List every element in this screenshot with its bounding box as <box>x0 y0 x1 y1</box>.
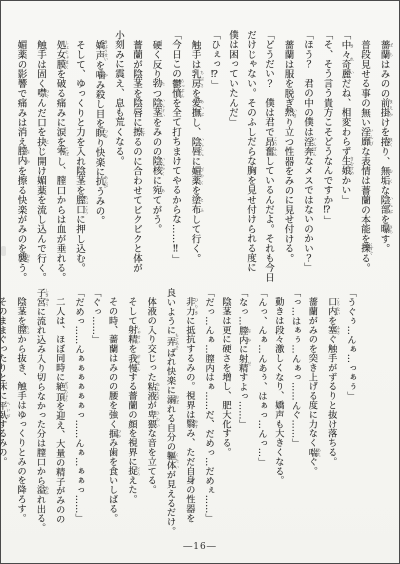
text-column: 触手は乳房ちぶさを愛撫あいぶし、陰唇いんしんに媚薬びやくを塗布とふして行く。 <box>186 30 206 280</box>
bottom-text-block: 「うぐぅ…んぁ…っぁぅ」口内こうないを塞ふさぐ触手がずるりと抜け落ちる。薔蘭がみ… <box>0 288 358 532</box>
text-column: 口内こうないを塞ふさぐ触手がずるりと抜け落ちる。 <box>322 288 341 532</box>
text-column: 「今日この鬱憤うっぷんを全て打ちまけてやるからな……‼」 <box>166 30 186 280</box>
text-column: 体液の入り交じった粘液ねんえきが卑猥ひわいな音を立てる。 <box>141 288 160 532</box>
text-column: 薔蘭は服を脱ぎ熱いきり立つ性器をみのに見せ付ける。 <box>279 30 299 280</box>
text-column: 良いように弄もてあそばれ快楽に溺おぼれる自分の軀体くたいが見えるだけ。 <box>161 288 180 532</box>
text-column: 「ほう？ 君の中の僕は淫奔いんぽんなメスではないのかい？」 <box>298 30 318 280</box>
text-column: 動きは段々激しくなり、嬌声も大きくなる。 <box>269 288 286 532</box>
text-column: 嬌声きょうせいを噛かみ殺し目を瞑つむり快楽に抗あらがうみの。 <box>90 30 110 280</box>
text-column: 媚薬の影響で痛みは消え膣内なかを擦る快楽がみのを襲おそう。 <box>12 30 32 280</box>
text-column: 「なっ…膣内なかに射精だすよっ……」 <box>233 288 252 532</box>
scan-artifact <box>1 246 6 256</box>
text-column: 「うぐぅ…んぁ…っぁぅ」 <box>341 288 358 532</box>
text-column: 触手は固く噤つぐんだ口を抉こじ開け媚薬を流し込んで行く。 <box>31 30 51 280</box>
page-number: ―16― <box>0 542 400 552</box>
text-column: 「ひぇっ⁉」 <box>205 30 223 280</box>
text-column: そのままぐったりと床に平臥へいがするみの。 <box>0 288 11 532</box>
text-column: 薔蘭ばらはみのの前掛まえかけを捲まくり、無垢むくな陰部いんぶを曝さらす。 <box>375 30 395 280</box>
text-column: 「ぐっ……」 <box>86 288 103 532</box>
text-column: 「だっ…んぁ…膣内はぁ……だ、だめっ…だめぇ……」 <box>199 288 216 532</box>
text-column: 薔蘭が陰茎を陰唇に擦こするのに合わせてビクビクと体が <box>127 30 147 280</box>
text-column: 「どうだい？ 僕は君で昂奮こうふんしているんだよ。それも今日 <box>259 30 279 280</box>
text-column: 普段見せる事の無い淫靡いんびな表情は薔蘭の本能を擽くすぐる。 <box>355 30 375 280</box>
text-column: だけじゃない。そのふしだらな胸を見せ付けられる度に <box>241 30 259 280</box>
text-column: 硬く反り勃たつ陰茎いんけいをみのの陰核いんかくに宛あてがう。 <box>147 30 167 280</box>
text-column: 「だめっ……んぁぁぁぁぁぁっ……んぁ…ぁぁっ……」 <box>69 288 86 532</box>
text-column: 薔蘭がみのを突き上げる度に力なく喘あえぐ。 <box>303 288 322 532</box>
text-column: 子宮しきゅうに流れ込み入り切らなかった分は膣口から溢あふれ出る。 <box>31 288 50 532</box>
text-column: 小刻みに震え、息も荒くなる。 <box>109 30 127 280</box>
text-column: そして射精しゃせいを我慢がまんする薔蘭の顔を視界に捉とらえた。 <box>122 288 141 532</box>
text-column: 「そ、そう言う貴方こそどうなんですか⁉」 <box>318 30 336 280</box>
text-column: 非力ひりきに抵抗するみの。視界は翳かすみ、ただ自身の性器を <box>180 288 199 532</box>
text-column: 「っ…はぁぅ…んぁっ……んぐ……」 <box>286 288 303 532</box>
text-column: 陰茎を膣ちつから抜き、触手はゆっくりとみのを降ろす。 <box>11 288 30 532</box>
text-column: そして、ゆっくりと力を入れ陰茎を膣口ちつこうに押し込む。 <box>70 30 90 280</box>
top-text-block: 薔蘭ばらはみのの前掛まえかけを捲まくり、無垢むくな陰部いんぶを曝さらす。普段見せ… <box>12 30 395 280</box>
text-column: 「中々奇麗きれいだね、相変わらず生娘きむすめかい」 <box>336 30 356 280</box>
text-column: 処女膜しょじょまくを破る痛みに涙を零こぼし、膣口からは血が垂れる。 <box>51 30 71 280</box>
text-column: 二人は、ほぼ同時に絶頂ぜっちょうを迎え、大量の精子がみのの <box>50 288 69 532</box>
text-column: 僕は困っていたんだ」 <box>223 30 241 280</box>
text-column: 陰茎は更に硬さを増し、肥大化する。 <box>216 288 233 532</box>
scanned-novel-page: { "colors": { "paper": "#f6f6f2", "ink":… <box>0 0 400 564</box>
text-column: その時、薔蘭はみのの腰を強く掴つかみ歯を食いしばる。 <box>103 288 122 532</box>
text-column: 「んっ、んぁ…んあぅ、はぁっ…んっ…」 <box>252 288 269 532</box>
